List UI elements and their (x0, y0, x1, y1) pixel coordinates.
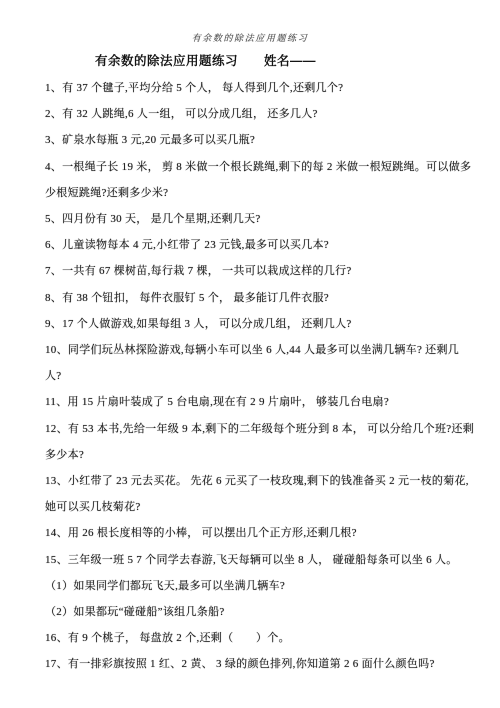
question-item: 16、有 9 个桃子， 每盘放 2 个,还剩（ ）个。 (45, 625, 475, 651)
page-title: 有余数的除法应用题练习 (95, 54, 238, 68)
question-item: 7、一共有 67 棵树苗,每行栽 7 棵， 一共可以栽成这样的几行? (45, 258, 475, 284)
question-item: 9、17 个人做游戏,如果每组 3 人， 可以分成几组， 还剩几人? (45, 311, 475, 337)
question-item: （1）如果同学们都玩飞天,最多可以坐满几辆车? (45, 573, 475, 599)
title-row: 有余数的除法应用题练习姓名—— (95, 51, 316, 69)
question-item: 2、有 32 人跳绳,6 人一组， 可以分成几组， 还多几人? (45, 101, 475, 127)
question-item: 8、有 38 个钮扣， 每件衣服钉 5 个， 最多能订几件衣服? (45, 285, 475, 311)
questions-list: 1、有 37 个毽子,平均分给 5 个人， 每人得到几个,还剩几个?2、有 32… (45, 75, 475, 678)
question-item: 17、有一排彩旗按照 1 红、2 黄、 3 绿的颜色排列,你知道第 2 6 面什… (45, 651, 475, 677)
worksheet-page: 有余数的除法应用题练习 有余数的除法应用题练习姓名—— 1、有 37 个毽子,平… (0, 0, 500, 708)
question-item: 10、同学们玩丛林探险游戏,每辆小车可以坐 6 人,44 人最多可以坐满几辆车?… (45, 337, 475, 389)
question-item: 4、一根绳子长 19 米， 剪 8 米做一个根长跳绳,剩下的每 2 米做一根短跳… (45, 154, 475, 206)
question-item: 1、有 37 个毽子,平均分给 5 个人， 每人得到几个,还剩几个? (45, 75, 475, 101)
name-label: 姓名—— (264, 54, 316, 68)
question-item: 6、儿童读物每本 4 元,小红带了 23 元钱,最多可以买几本? (45, 232, 475, 258)
question-item: 12、有 53 本书,先给一年级 9 本,剩下的二年级每个班分到 8 本， 可以… (45, 416, 475, 468)
question-item: 14、用 26 根长度相等的小棒， 可以摆出几个正方形,还剩几根? (45, 520, 475, 546)
watermark-header: 有余数的除法应用题练习 (0, 31, 500, 44)
question-item: 5、四月份有 30 天， 是几个星期,还剩几天? (45, 206, 475, 232)
question-item: 13、小红带了 23 元去买花。 先花 6 元买了一枝玫瑰,剩下的钱准备买 2 … (45, 468, 475, 520)
question-item: 3、矿泉水每瓶 3 元,20 元最多可以买几瓶? (45, 127, 475, 153)
question-item: 11、用 15 片扇叶装成了 5 台电扇,现在有 2 9 片扇叶， 够装几台电扇… (45, 389, 475, 415)
question-item: （2）如果都玩“碰碰船”该组几条船? (45, 599, 475, 625)
question-item: 15、三年级一班 5 7 个同学去春游,飞天每辆可以坐 8 人， 碰碰船每条可以… (45, 547, 475, 573)
